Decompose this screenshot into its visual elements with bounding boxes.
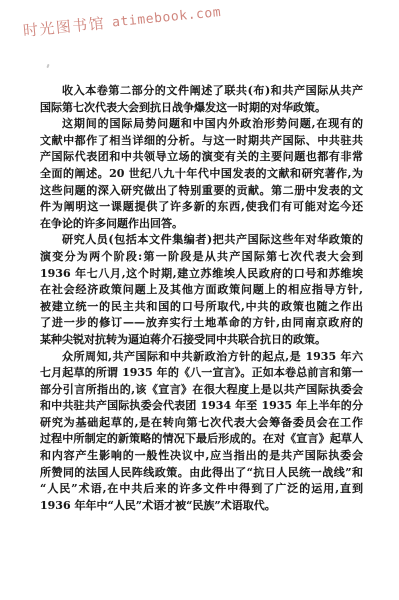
text-line: 全面的阐述。20 世纪八九十年代中国发表的文献和研究著作,为	[40, 166, 363, 183]
scan-speck-artifact	[46, 64, 49, 68]
text-line: 这些问题的深入研究做出了特别重要的贡献。第二册中发表的文	[40, 183, 363, 200]
text-line: 1936 年七八月,这个时期,建立苏维埃人民政府的口号和苏维埃	[40, 266, 363, 283]
text-line: 某种尖锐对抗转为逼迫蒋介石接受同中共联合抗日的政策。	[40, 332, 363, 349]
text-line: 件为阐明这一课题提供了许多新的东西,使我们有可能对迄今还	[40, 199, 363, 216]
paragraph-3: 研究人员(包括本文件集编者)把共产国际这些年对华政策的 演变分为两个阶段:第一阶…	[40, 232, 363, 348]
text-line: 研究人员(包括本文件集编者)把共产国际这些年对华政策的	[40, 232, 363, 249]
text-line: 了进一步的修订——放弃实行土地革命的方针,由同南京政府的	[40, 315, 363, 332]
text-line: 和内容产生影响的一般性决议中,应当指出的是共产国际执委会	[40, 448, 363, 465]
paragraph-2: 这期间的国际局势问题和中国内外政治形势问题,在现有的 文献中都作了相当详细的分析…	[40, 116, 363, 232]
text-line: 国际第七次代表大会到抗日战争爆发这一时期的对华政策。	[40, 100, 363, 117]
text-line: 在社会经济政策问题上及其他方面政策问题上的相应指导方针,	[40, 282, 363, 299]
text-line: 所赞同的法国人民阵线政策。由此得出了“抗日人民统一战线”和	[40, 465, 363, 482]
text-line: 收入本卷第二部分的文件阐述了联共(布)和共产国际从共产	[40, 83, 363, 100]
text-line: 演变分为两个阶段:第一阶段是从共产国际第七次代表大会到	[40, 249, 363, 266]
watermark-site-name: 时光图书馆	[22, 14, 106, 40]
text-line: 过程中所制定的新策略的情况下最后形成的。在对《宣言》起草人	[40, 431, 363, 448]
paragraph-4: 众所周知,共产国际和中共新政治方针的起点,是 1935 年六 七月起草的所谓 1…	[40, 349, 363, 515]
text-line: 产国际代表团和中共领导立场的演变有关的主要问题也都有非常	[40, 149, 363, 166]
text-line: 文献中都作了相当详细的分析。与这一时期共产国际、中共驻共	[40, 133, 363, 150]
text-line: “人民”术语,在中共后来的许多文件中得到了广泛的运用,直到	[40, 481, 363, 498]
watermark: 时光图书馆atimebook.com	[22, 1, 222, 41]
text-line: 众所周知,共产国际和中共新政治方针的起点,是 1935 年六	[40, 349, 363, 366]
text-line: 研究为基础起草的,是在转向第七次代表大会筹备委员会在工作	[40, 415, 363, 432]
text-line: 和中共驻共产国际执委会代表团 1934 年至 1935 年上半年的分析	[40, 398, 363, 415]
body-text: 收入本卷第二部分的文件阐述了联共(布)和共产国际从共产 国际第七次代表大会到抗日…	[40, 83, 363, 514]
text-line: 在争论的许多问题作出回答。	[40, 216, 363, 233]
text-line: 1936 年年中“人民”术语才被“民族”术语取代。	[40, 498, 363, 515]
paragraph-1: 收入本卷第二部分的文件阐述了联共(布)和共产国际从共产 国际第七次代表大会到抗日…	[40, 83, 363, 116]
text-line: 这期间的国际局势问题和中国内外政治形势问题,在现有的	[40, 116, 363, 133]
scanned-book-page: 时光图书馆atimebook.com 收入本卷第二部分的文件阐述了联共(布)和共…	[0, 0, 399, 600]
watermark-site-url: atimebook.com	[111, 5, 221, 30]
text-line: 七月起草的所谓 1935 年的《八一宣言》。正如本卷总前言和第一	[40, 365, 363, 382]
text-line: 被建立统一的民主共和国的口号所取代,中共的政策也随之作出	[40, 299, 363, 316]
text-line: 部分引言所指出的,该《宣言》在很大程度上是以共产国际执委会	[40, 382, 363, 399]
